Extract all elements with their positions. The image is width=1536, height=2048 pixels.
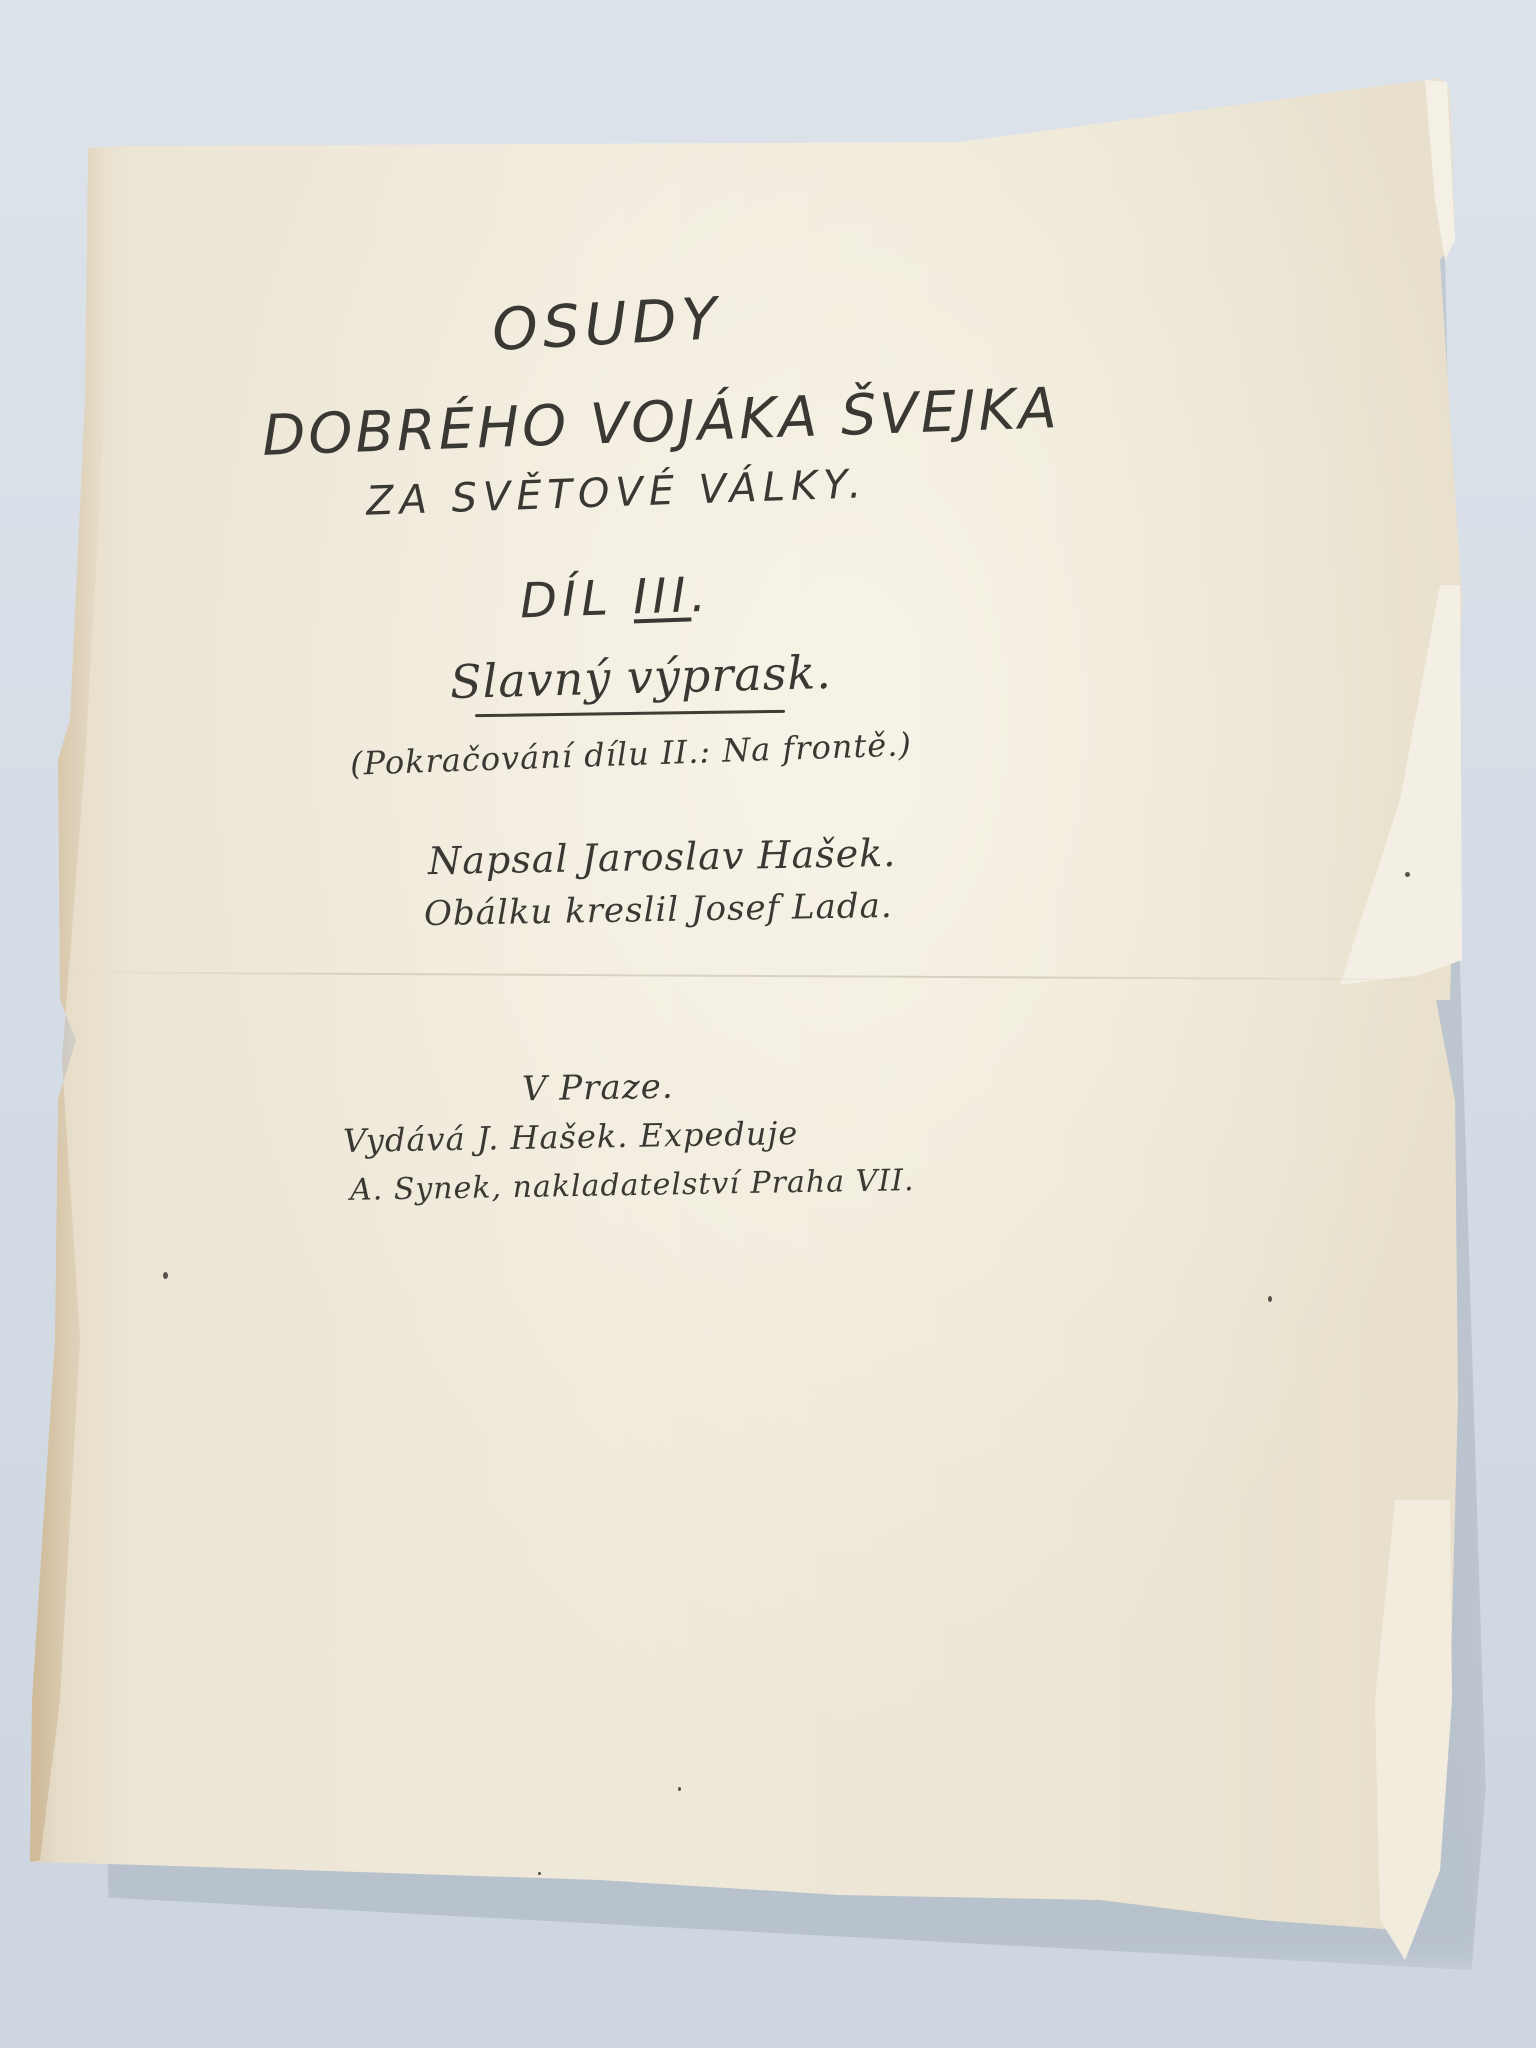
cover-artist-credit: Obálku kreslil Josef Lada. xyxy=(424,886,893,934)
publication-place: V Praze. xyxy=(522,1067,674,1110)
ink-speck xyxy=(538,1872,541,1875)
part-suffix: . xyxy=(690,567,712,624)
part-label: DÍL xyxy=(519,570,614,629)
part-heading: DÍL III. xyxy=(519,567,712,630)
ink-speck xyxy=(1268,1296,1272,1302)
publisher-line-1: Vydává J. Hašek. Expeduje xyxy=(343,1114,799,1160)
subtitle: Slavný výprask. xyxy=(449,645,832,709)
part-numeral: III xyxy=(632,567,691,625)
ink-speck xyxy=(163,1272,168,1279)
ink-speck xyxy=(1405,872,1410,877)
author-credit: Napsal Jaroslav Hašek. xyxy=(428,831,897,883)
paper-sheet xyxy=(0,0,1536,2048)
ink-speck xyxy=(678,1787,681,1791)
title-line-1: OSUDY xyxy=(490,284,723,364)
